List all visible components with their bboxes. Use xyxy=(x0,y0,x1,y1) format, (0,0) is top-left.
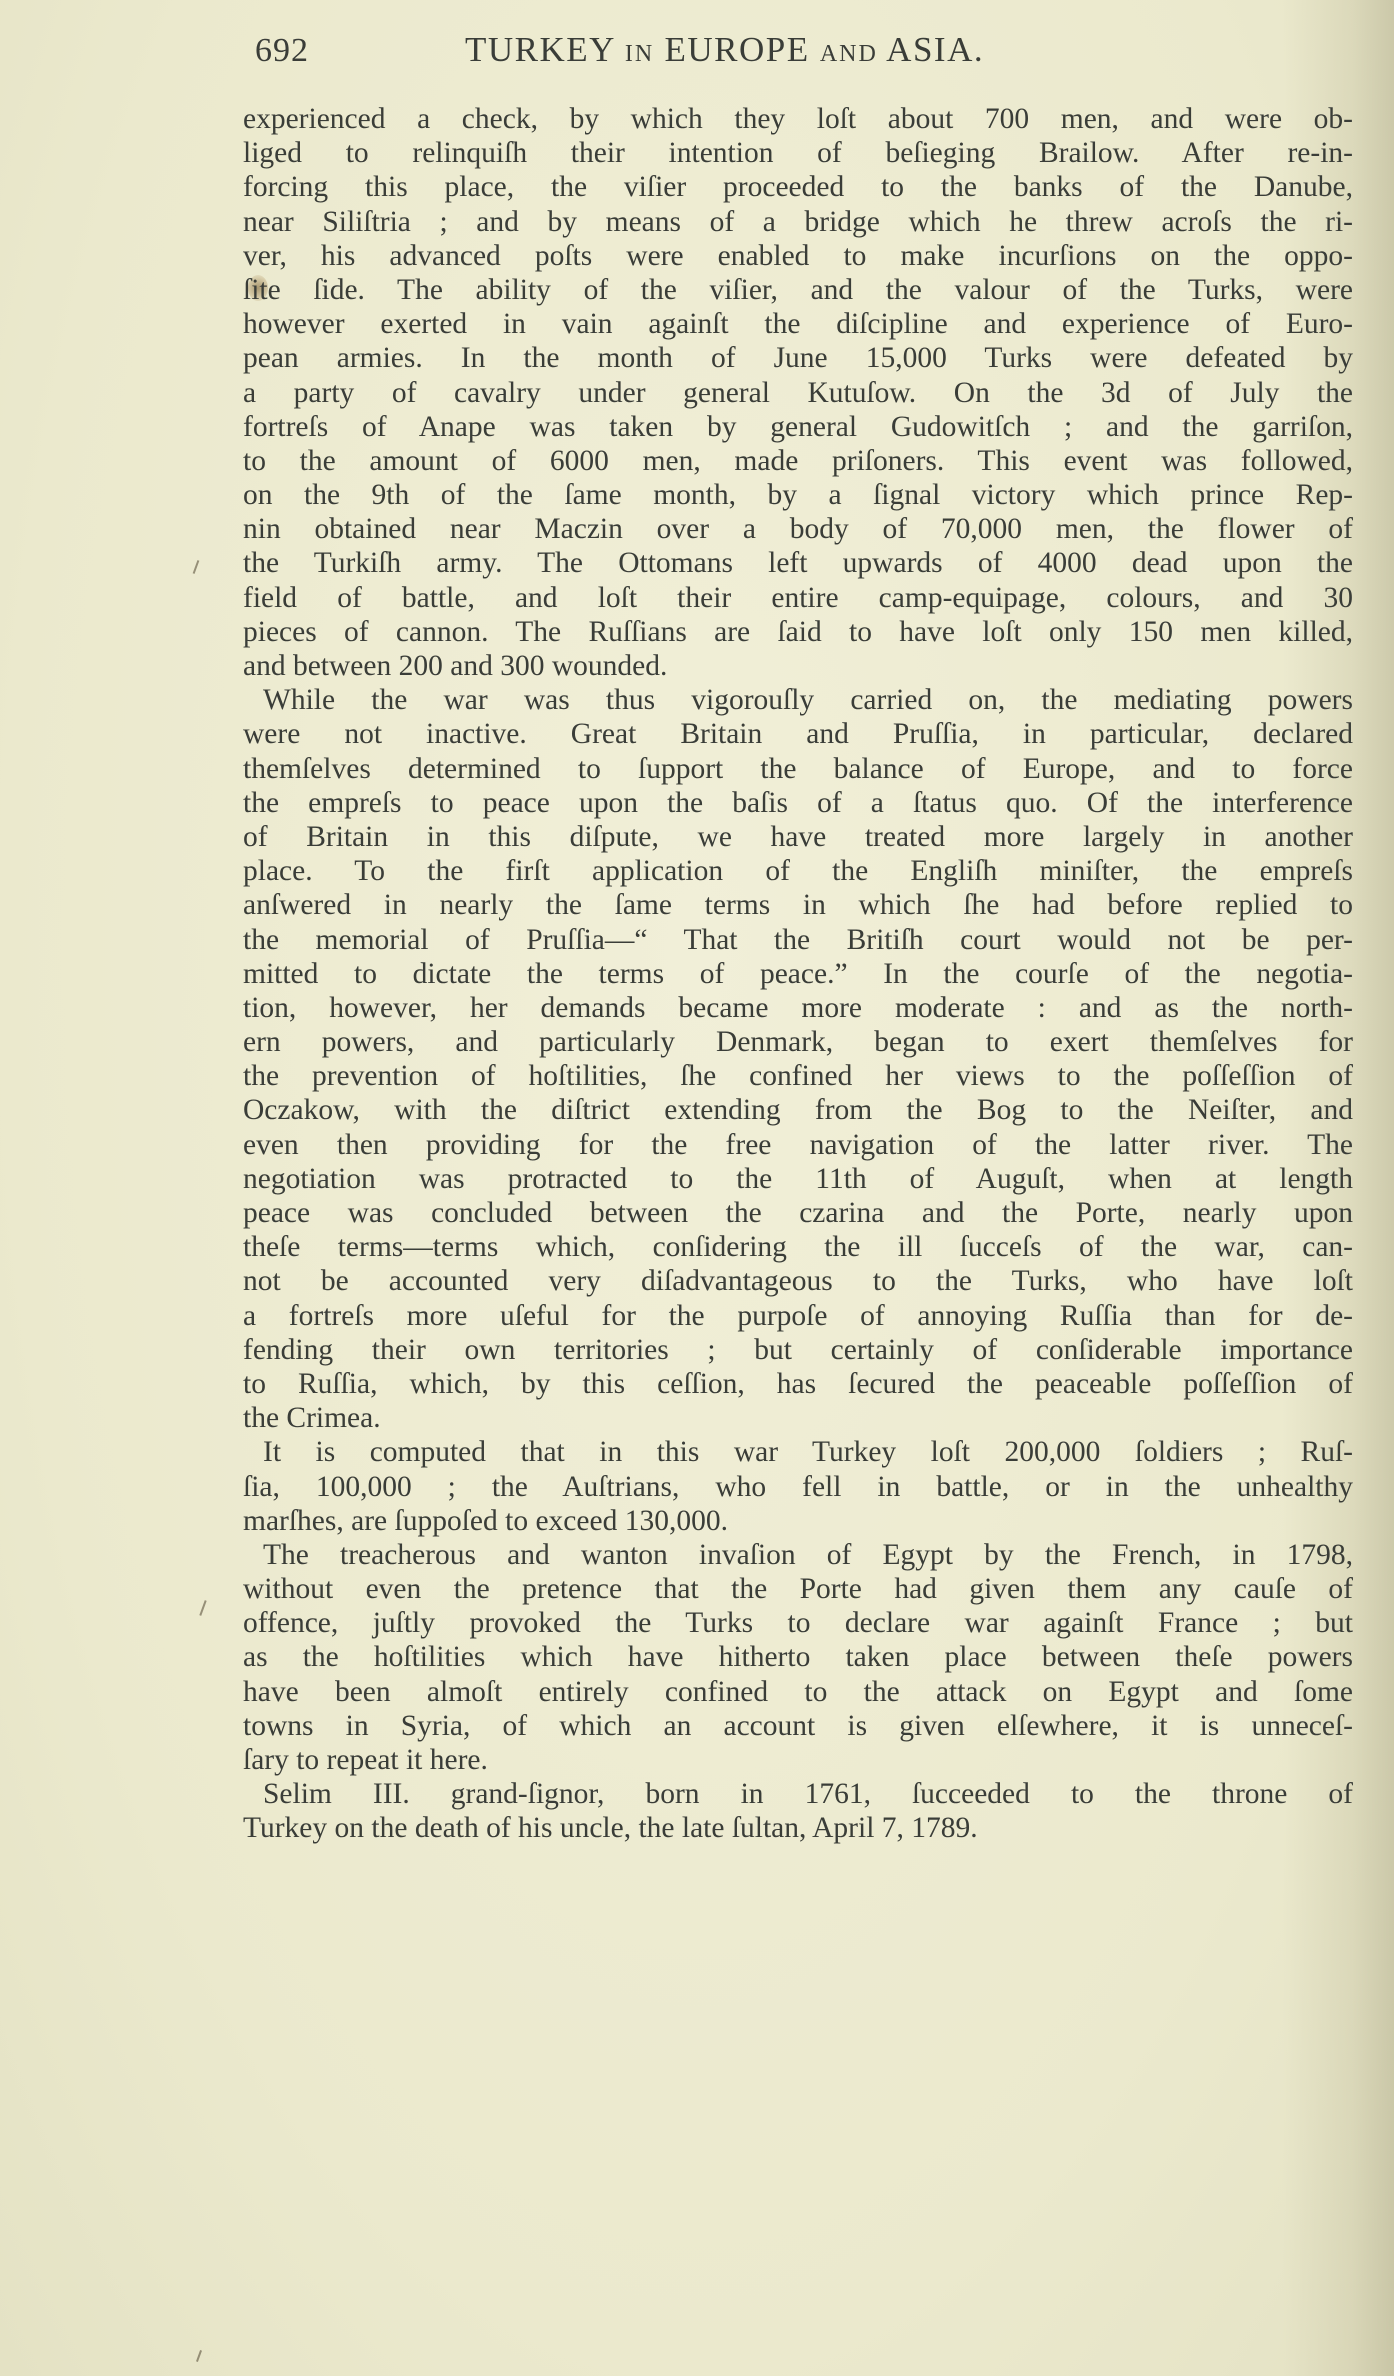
text-line: The treacherous and wanton invaſion of E… xyxy=(243,1538,1353,1572)
paragraph: Selim III. grand-ſignor, born in 1761, ſ… xyxy=(243,1777,1353,1845)
running-head-title: TURKEY IN EUROPE AND ASIA. xyxy=(465,30,984,70)
page-number: 692 xyxy=(255,32,465,70)
text-line: liged to relinquiſh their intention of b… xyxy=(243,136,1353,170)
text-line: ver, his advanced poſts were enabled to … xyxy=(243,239,1353,273)
title-word: AND xyxy=(820,41,878,67)
title-word: EUROPE xyxy=(664,30,809,69)
title-word: ASIA. xyxy=(886,30,984,69)
text-line: not be accounted very diſadvantageous to… xyxy=(243,1264,1353,1298)
text-line: even then providing for the free navigat… xyxy=(243,1128,1353,1162)
book-page: 692 TURKEY IN EUROPE AND ASIA. experienc… xyxy=(0,0,1394,2376)
text-line: offence, juſtly provoked the Turks to de… xyxy=(243,1606,1353,1640)
paragraph: It is computed that in this war Turkey l… xyxy=(243,1435,1353,1538)
text-line: ſite ſide. The ability of the viſier, an… xyxy=(243,273,1353,307)
text-line: Turkey on the death of his uncle, the la… xyxy=(243,1811,1353,1845)
running-head: 692 TURKEY IN EUROPE AND ASIA. xyxy=(255,30,1135,80)
text-line: on the 9th of the ſame month, by a ſigna… xyxy=(243,478,1353,512)
text-line: ern powers, and particularly Denmark, be… xyxy=(243,1025,1353,1059)
text-line: the Crimea. xyxy=(243,1401,1353,1435)
text-line: fending their own territories ; but cert… xyxy=(243,1333,1353,1367)
text-line: marſhes, are ſuppoſed to exceed 130,000. xyxy=(243,1504,1353,1538)
text-line: Selim III. grand-ſignor, born in 1761, ſ… xyxy=(243,1777,1353,1811)
margin-mark xyxy=(199,1600,206,1616)
text-line: peace was concluded between the czarina … xyxy=(243,1196,1353,1230)
text-line: Oczakow, with the diſtrict extending fro… xyxy=(243,1093,1353,1127)
paragraph: The treacherous and wanton invaſion of E… xyxy=(243,1538,1353,1777)
title-word: IN xyxy=(625,41,654,67)
text-line: however exerted in vain againſt the diſc… xyxy=(243,307,1353,341)
text-line: near Siliſtria ; and by means of a bridg… xyxy=(243,205,1353,239)
body-text: experienced a check, by which they loſt … xyxy=(243,102,1353,1846)
text-line: without even the pretence that the Porte… xyxy=(243,1572,1353,1606)
text-line: pieces of cannon. The Ruſſians are ſaid … xyxy=(243,615,1353,649)
text-line: anſwered in nearly the ſame terms in whi… xyxy=(243,888,1353,922)
text-line: themſelves determined to ſupport the bal… xyxy=(243,752,1353,786)
text-line: a fortreſs more uſeful for the purpoſe o… xyxy=(243,1299,1353,1333)
text-line: theſe terms—terms which, conſidering the… xyxy=(243,1230,1353,1264)
text-line: the Turkiſh army. The Ottomans left upwa… xyxy=(243,546,1353,580)
text-line: pean armies. In the month of June 15,000… xyxy=(243,341,1353,375)
text-line: have been almoſt entirely confined to th… xyxy=(243,1675,1353,1709)
margin-mark xyxy=(193,560,200,574)
text-line: of Britain in this diſpute, we have trea… xyxy=(243,820,1353,854)
paragraph: experienced a check, by which they loſt … xyxy=(243,102,1353,683)
text-line: negotiation was protracted to the 11th o… xyxy=(243,1162,1353,1196)
text-line: towns in Syria, of which an account is g… xyxy=(243,1709,1353,1743)
text-line: tion, however, her demands became more m… xyxy=(243,991,1353,1025)
text-line: a party of cavalry under general Kutuſow… xyxy=(243,376,1353,410)
text-line: place. To the firſt application of the E… xyxy=(243,854,1353,888)
title-word: TURKEY xyxy=(465,30,615,69)
text-line: were not inactive. Great Britain and Pru… xyxy=(243,717,1353,751)
text-line: the empreſs to peace upon the baſis of a… xyxy=(243,786,1353,820)
text-line: nin obtained near Maczin over a body of … xyxy=(243,512,1353,546)
text-line: to Ruſſia, which, by this ceſſion, has ſ… xyxy=(243,1367,1353,1401)
text-line: the prevention of hoſtilities, ſhe confi… xyxy=(243,1059,1353,1093)
text-line: and between 200 and 300 wounded. xyxy=(243,649,1353,683)
paragraph: While the war was thus vigorouſly carrie… xyxy=(243,683,1353,1435)
text-line: While the war was thus vigorouſly carrie… xyxy=(243,683,1353,717)
text-line: field of battle, and loſt their entire c… xyxy=(243,581,1353,615)
margin-mark xyxy=(196,2350,202,2362)
text-line: forcing this place, the viſier proceeded… xyxy=(243,170,1353,204)
text-line: mitted to dictate the terms of peace.” I… xyxy=(243,957,1353,991)
text-line: experienced a check, by which they loſt … xyxy=(243,102,1353,136)
text-line: to the amount of 6000 men, made priſoner… xyxy=(243,444,1353,478)
text-line: ſia, 100,000 ; the Auſtrians, who fell i… xyxy=(243,1470,1353,1504)
text-line: as the hoſtilities which have hitherto t… xyxy=(243,1640,1353,1674)
text-line: It is computed that in this war Turkey l… xyxy=(243,1435,1353,1469)
text-line: the memorial of Pruſſia—“ That the Briti… xyxy=(243,923,1353,957)
text-line: ſary to repeat it here. xyxy=(243,1743,1353,1777)
text-line: fortreſs of Anape was taken by general G… xyxy=(243,410,1353,444)
